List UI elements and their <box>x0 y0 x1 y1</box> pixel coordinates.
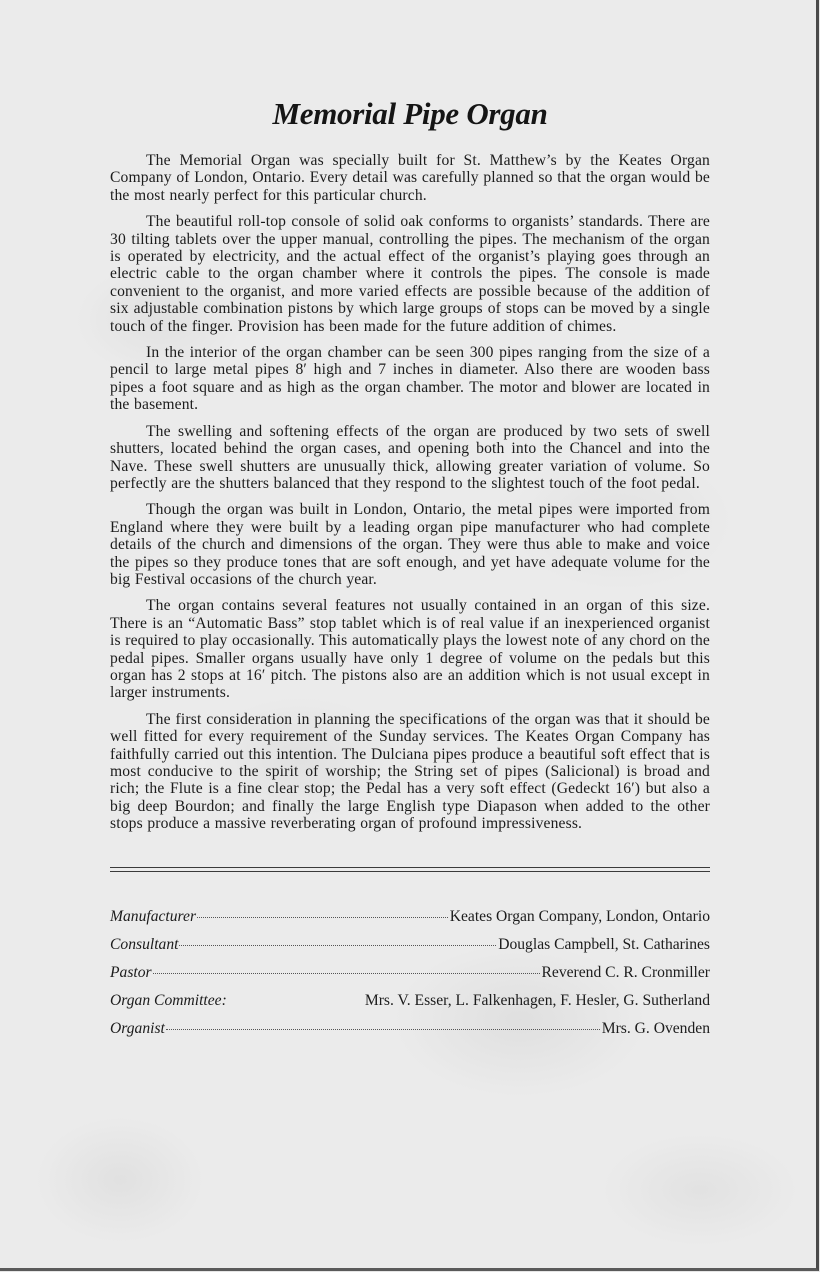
paragraph-manufacture: Though the organ was built in London, On… <box>110 501 710 588</box>
credits-list: Manufacturer Keates Organ Company, Londo… <box>110 908 710 1048</box>
credit-label: Consultant <box>110 936 178 954</box>
credit-value: Douglas Campbell, St. Catharines <box>498 936 710 954</box>
credit-consultant: Consultant Douglas Campbell, St. Cathari… <box>110 936 710 964</box>
credit-organist: Organist Mrs. G. Ovenden <box>110 1020 710 1048</box>
page-title: Memorial Pipe Organ <box>110 96 710 132</box>
document-page: Memorial Pipe Organ The Memorial Organ w… <box>0 0 819 1271</box>
paragraph-console: The beautiful roll-top console of solid … <box>110 213 710 335</box>
dot-leader <box>153 973 540 974</box>
credit-pastor: Pastor Reverend C. R. Cronmiller <box>110 964 710 992</box>
credit-label: Pastor <box>110 964 152 982</box>
paragraph-pipes: In the interior of the organ chamber can… <box>110 344 710 414</box>
credit-organ-committee: Organ Committee: Mrs. V. Esser, L. Falke… <box>110 992 710 1020</box>
paragraph-specifications: The first consideration in planning the … <box>110 711 710 833</box>
document-content: Memorial Pipe Organ The Memorial Organ w… <box>110 96 710 1048</box>
credit-manufacturer: Manufacturer Keates Organ Company, Londo… <box>110 908 710 936</box>
paragraph-swell-shutters: The swelling and softening effects of th… <box>110 423 710 493</box>
credit-value: Reverend C. R. Cronmiller <box>542 964 710 982</box>
credit-value: Mrs. V. Esser, L. Falkenhagen, F. Hesler… <box>365 992 710 1010</box>
credit-value: Mrs. G. Ovenden <box>602 1020 710 1038</box>
paragraph-intro: The Memorial Organ was specially built f… <box>110 152 710 204</box>
dot-leader <box>197 917 448 918</box>
credit-label: Manufacturer <box>110 908 196 926</box>
dot-leader <box>179 945 496 946</box>
credit-label: Organ Committee: <box>110 992 227 1010</box>
dot-leader <box>166 1029 600 1030</box>
credit-value: Keates Organ Company, London, Ontario <box>450 908 710 926</box>
double-rule-divider <box>110 867 710 872</box>
credit-label: Organist <box>110 1020 165 1038</box>
paragraph-features: The organ contains several features not … <box>110 597 710 701</box>
